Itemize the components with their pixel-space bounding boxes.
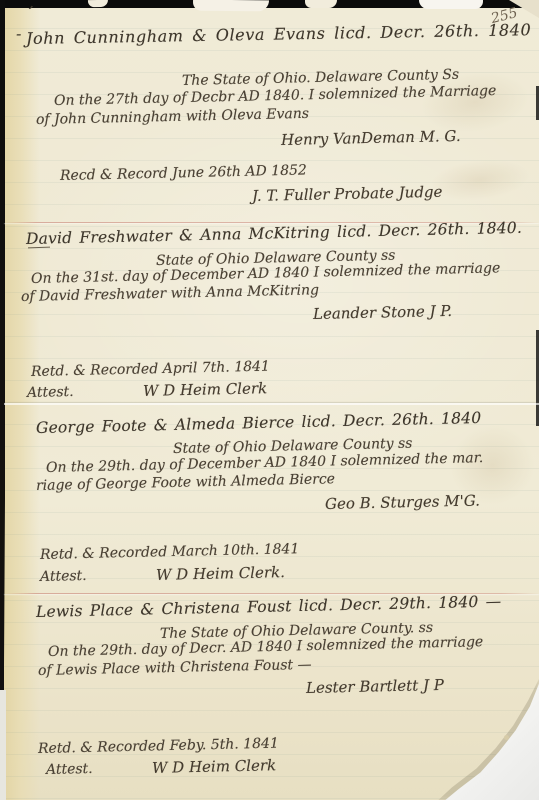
attest-label: Attest. [40,568,87,585]
justice-signature: Leander Stone J P. [313,302,452,323]
clerk-signature: W D Heim Clerk. [156,563,285,584]
paper-defect-hole [504,735,509,740]
entry-divider-rule [4,403,539,405]
scanned-marriage-record-page: 255 ’ - John Cunningham & Oleva Evans li… [0,0,539,800]
minister-signature: Geo B. Sturges M'G. [325,491,480,513]
torn-edge-fragment [305,0,337,8]
torn-edge-fragment [419,0,483,9]
attest-label: Attest. [46,761,93,778]
justice-signature: Lester Bartlett J P [306,676,444,697]
scan-left-border [0,0,5,665]
clerk-signature: W D Heim Clerk [143,379,268,400]
torn-edge-fragment [193,0,269,11]
marginal-dash-mark: - [16,24,21,43]
clerk-signature: W D Heim Clerk [152,756,277,777]
scan-left-border-lower [0,690,6,800]
attest-label: Attest. [27,384,74,401]
